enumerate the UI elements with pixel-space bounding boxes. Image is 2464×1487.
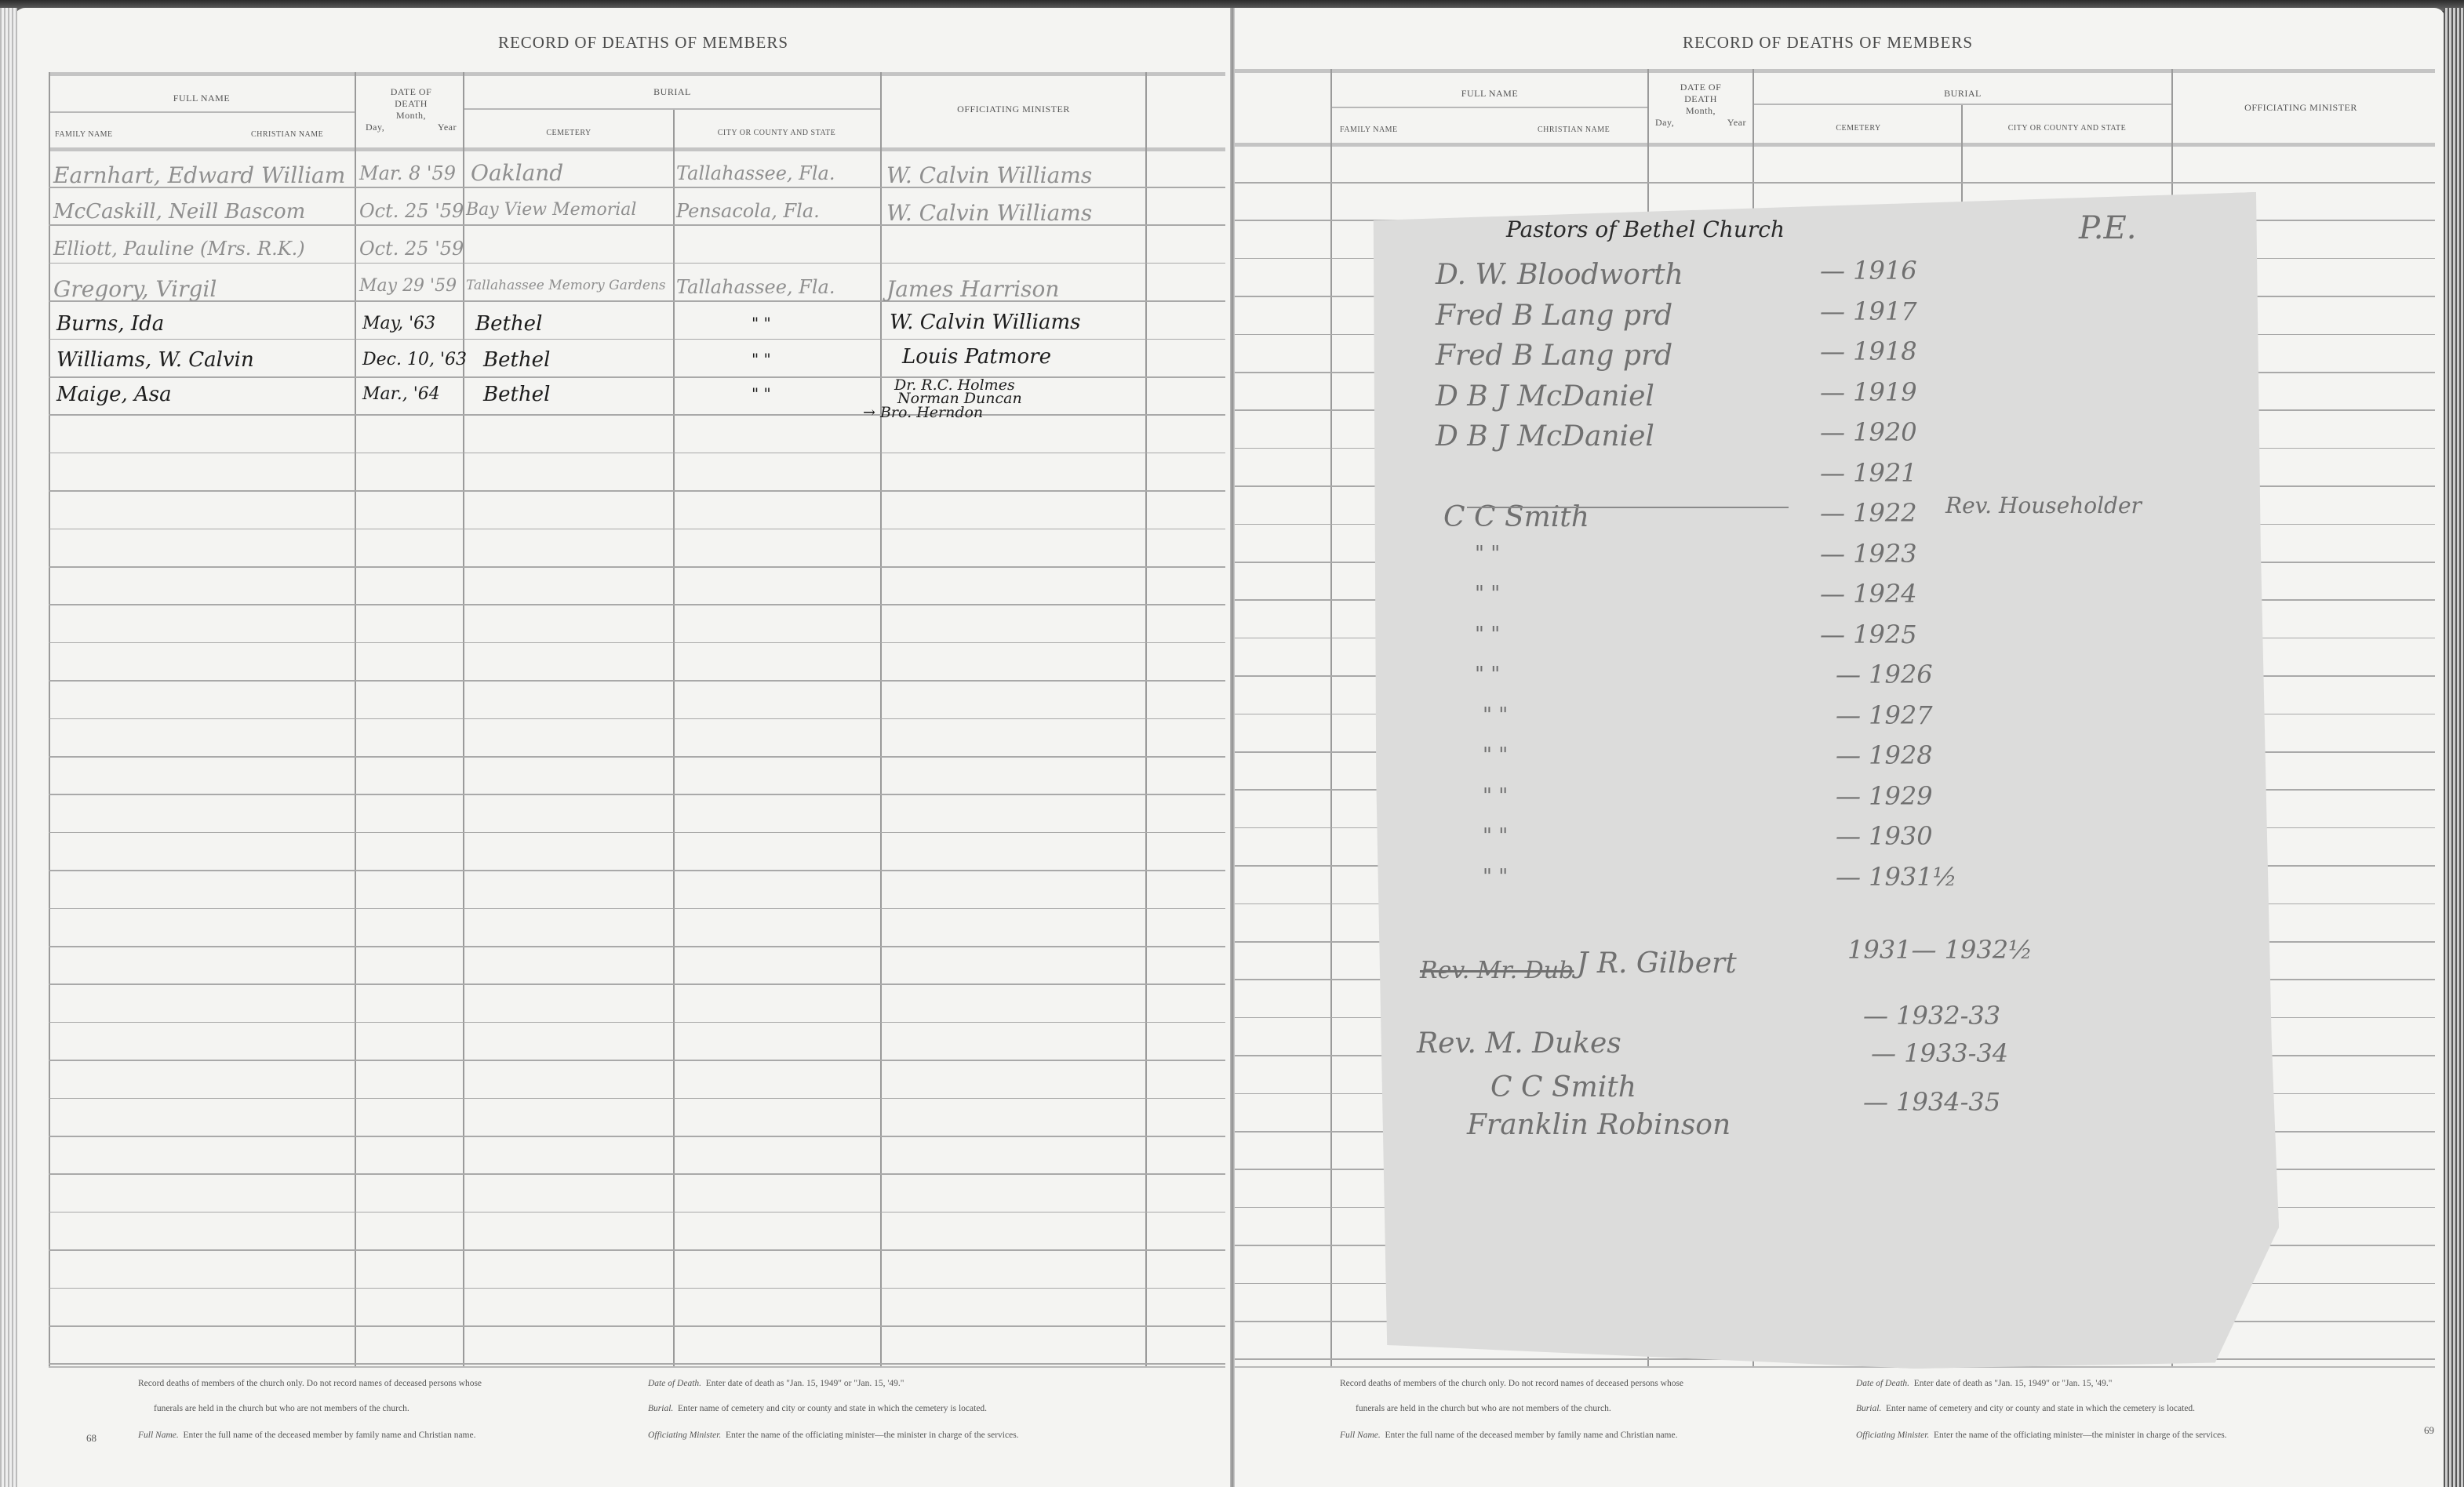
row-rule xyxy=(49,680,1225,682)
entry-cemetery: Tallahassee Memory Gardens xyxy=(466,278,666,293)
row-rule xyxy=(49,490,1225,492)
date-of-death-header: DATE OF DEATH Month, Day,Year xyxy=(1649,82,1752,129)
entry-name: Williams, W. Calvin xyxy=(56,348,254,372)
note-pastor-year: — 1927 xyxy=(1836,700,1933,730)
note-corner-initials: P.E. xyxy=(2079,210,2136,246)
entry-date: Oct. 25 '59 xyxy=(359,200,464,222)
footer-instruction: Officiating Minister. Enter the name of … xyxy=(1856,1431,2227,1440)
note-pastor-year: — 1925 xyxy=(1820,620,1917,649)
footer-instruction: funerals are held in the church but who … xyxy=(154,1404,409,1413)
note-pastor-year: — 1928 xyxy=(1836,740,1933,770)
entry-minister: W. Calvin Williams xyxy=(890,311,1080,334)
officiating-minister-header: OFFICIATING MINISTER xyxy=(2171,102,2430,114)
entry-city: Pensacola, Fla. xyxy=(676,200,820,222)
entry-cemetery: Oakland xyxy=(471,160,563,186)
entry-cemetery: Bethel xyxy=(475,312,542,336)
entry-name: Gregory, Virgil xyxy=(53,276,217,302)
row-rule xyxy=(49,604,1225,605)
row-rule xyxy=(49,642,1225,644)
family-name-header: FAMILY NAME xyxy=(1340,124,1398,136)
header-bottom-rule xyxy=(1235,143,2435,147)
col-line xyxy=(673,110,675,1366)
note-pastor-name: " " xyxy=(1483,704,1508,727)
entry-city: " " xyxy=(752,384,771,403)
footer-instruction: Burial. Enter name of cemetery and city … xyxy=(1856,1404,2195,1413)
row-rule xyxy=(1235,182,2435,184)
burial-subheader-rule xyxy=(464,108,880,110)
note-pastor-year: — 1924 xyxy=(1820,579,1917,609)
row-rule xyxy=(49,870,1225,871)
entry-city: " " xyxy=(752,314,771,333)
note-pastor-name: Franklin Robinson xyxy=(1467,1109,1731,1141)
entry-cemetery: Bethel xyxy=(483,383,550,406)
footer-instruction: Burial. Enter name of cemetery and city … xyxy=(648,1404,987,1413)
note-pastor-year: — 1932-33 xyxy=(1863,1001,2000,1031)
entry-name: Earnhart, Edward William xyxy=(53,162,345,188)
family-name-header: FAMILY NAME xyxy=(55,129,113,140)
note-pastor-year: — 1926 xyxy=(1836,660,1933,689)
note-struck-name: Rev. Mr. Dub xyxy=(1420,957,1574,984)
note-pastor-name: " " xyxy=(1475,542,1500,565)
row-rule xyxy=(49,1022,1225,1023)
note-pastor-name: D B J McDaniel xyxy=(1436,420,1654,453)
row-rule xyxy=(49,414,1225,416)
row-rule xyxy=(49,908,1225,910)
note-pastor-year: — 1918 xyxy=(1820,336,1917,366)
entry-minister: W. Calvin Williams xyxy=(886,200,1092,226)
footer-rule xyxy=(49,1366,1225,1368)
name-subheader-rule xyxy=(49,111,355,113)
row-rule xyxy=(49,566,1225,568)
row-rule xyxy=(49,946,1225,947)
note-pastor-year: — 1919 xyxy=(1820,377,1917,407)
entry-minister-extra: → Bro. Herndon xyxy=(863,404,983,421)
header-bottom-rule xyxy=(49,147,1225,151)
row-rule xyxy=(49,794,1225,795)
city-county-state-header: CITY OR COUNTY AND STATE xyxy=(673,127,880,139)
book-spine-left xyxy=(0,8,17,1487)
city-county-state-header: CITY OR COUNTY AND STATE xyxy=(1963,122,2171,134)
full-name-header: FULL NAME xyxy=(1332,88,1647,100)
header-top-rule xyxy=(1235,69,2435,73)
row-rule xyxy=(49,1288,1225,1289)
note-pastor-name: J R. Gilbert xyxy=(1577,947,1737,980)
entry-date: Mar. 8 '59 xyxy=(359,162,456,184)
row-rule xyxy=(49,263,1225,264)
cemetery-header: CEMETERY xyxy=(1754,122,1963,134)
row-rule xyxy=(49,832,1225,834)
note-pastor-year: — 1922 xyxy=(1820,498,1917,528)
row-rule xyxy=(49,756,1225,758)
page-title: RECORD OF DEATHS OF MEMBERS xyxy=(1592,33,2063,53)
note-side-annotation: Rev. Householder xyxy=(1945,493,2142,518)
full-name-header: FULL NAME xyxy=(49,93,355,104)
entry-name: Elliott, Pauline (Mrs. R.K.) xyxy=(53,238,305,260)
note-pastor-name: " " xyxy=(1483,865,1508,889)
footer-instruction: Date of Death. Enter date of death as "J… xyxy=(648,1379,904,1388)
entry-cemetery: Bethel xyxy=(483,348,550,372)
note-divider-line xyxy=(1467,507,1789,508)
row-rule xyxy=(49,339,1225,340)
row-rule xyxy=(49,1173,1225,1175)
note-pastor-year: — 1920 xyxy=(1820,417,1917,447)
note-pastor-name: " " xyxy=(1475,663,1500,686)
note-pastor-year: — 1923 xyxy=(1820,539,1917,569)
note-pastor-year: — 1916 xyxy=(1820,256,1917,285)
note-pastor-name: " " xyxy=(1483,784,1508,808)
page-number: 69 xyxy=(2424,1424,2434,1437)
burial-subheader-rule xyxy=(1754,104,2171,105)
col-line xyxy=(1330,69,1332,1366)
book-spine-right xyxy=(2444,8,2464,1487)
footer-instruction: Record deaths of members of the church o… xyxy=(1340,1379,1683,1388)
row-rule xyxy=(49,1325,1225,1327)
entry-minister: W. Calvin Williams xyxy=(886,162,1092,188)
entry-minister: Louis Patmore xyxy=(902,345,1051,369)
note-pastor-name: Fred B Lang prd xyxy=(1436,340,1672,372)
entry-date: Oct. 25 '59 xyxy=(359,238,464,260)
christian-name-header: CHRISTIAN NAME xyxy=(251,129,323,140)
row-rule xyxy=(49,1098,1225,1100)
row-rule xyxy=(49,1249,1225,1251)
entry-city: Tallahassee, Fla. xyxy=(676,276,835,298)
burial-header: BURIAL xyxy=(464,86,880,98)
footer-instruction: Officiating Minister. Enter the name of … xyxy=(648,1431,1019,1440)
entry-date: May, '63 xyxy=(362,314,435,333)
note-pastor-year: — 1934-35 xyxy=(1863,1087,2000,1117)
note-pastor-name: C C Smith xyxy=(1490,1071,1636,1103)
row-rule xyxy=(49,1363,1225,1365)
note-pastor-year: — 1929 xyxy=(1836,781,1933,811)
note-pastor-year: — 1933-34 xyxy=(1871,1038,2008,1068)
entry-date: Mar., '64 xyxy=(362,384,440,404)
entry-date: Dec. 10, '63 xyxy=(362,350,467,369)
cemetery-header: CEMETERY xyxy=(464,127,673,139)
name-subheader-rule xyxy=(1332,107,1647,108)
note-pastor-year: — 1930 xyxy=(1836,821,1933,851)
book-gutter xyxy=(1230,8,1235,1487)
entry-minister: James Harrison xyxy=(886,276,1059,302)
note-pastor-year: — 1921 xyxy=(1820,458,1917,488)
left-page xyxy=(14,8,1233,1487)
entry-name: Burns, Ida xyxy=(56,312,164,336)
row-rule xyxy=(49,1212,1225,1213)
footer-rule xyxy=(1235,1366,2435,1368)
note-pastor-name: D. W. Bloodworth xyxy=(1436,259,1683,291)
entry-name: McCaskill, Neill Bascom xyxy=(53,200,305,224)
row-rule xyxy=(49,529,1225,530)
note-pastor-name: " " xyxy=(1483,743,1508,767)
burial-header: BURIAL xyxy=(1754,88,2171,100)
footer-instruction: Date of Death. Enter date of death as "J… xyxy=(1856,1379,2113,1388)
note-title: Pastors of Bethel Church xyxy=(1506,216,1785,242)
date-of-death-header: DATE OF DEATH Month, Day,Year xyxy=(359,86,463,133)
note-pastor-name: Rev. M. Dukes xyxy=(1417,1027,1621,1060)
note-pastor-year: 1931— 1932½ xyxy=(1847,935,2033,965)
footer-instruction: Full Name. Enter the full name of the de… xyxy=(1340,1431,1677,1440)
note-pastor-year: — 1931½ xyxy=(1836,862,1957,892)
note-pastor-year: — 1917 xyxy=(1820,296,1917,326)
row-rule xyxy=(49,983,1225,985)
footer-instruction: Full Name. Enter the full name of the de… xyxy=(138,1431,475,1440)
officiating-minister-header: OFFICIATING MINISTER xyxy=(880,104,1147,115)
note-pastor-name: Fred B Lang prd xyxy=(1436,300,1672,332)
entry-date: May 29 '59 xyxy=(359,276,457,296)
page-number: 68 xyxy=(86,1432,96,1445)
footer-instruction: funerals are held in the church but who … xyxy=(1356,1404,1611,1413)
note-pastor-name: " " xyxy=(1475,582,1500,605)
entry-city: " " xyxy=(752,350,771,369)
row-rule xyxy=(49,1060,1225,1061)
row-rule xyxy=(49,1136,1225,1137)
note-pastor-name: " " xyxy=(1483,824,1508,848)
header-top-rule xyxy=(49,72,1225,76)
row-rule xyxy=(49,453,1225,454)
entry-city: Tallahassee, Fla. xyxy=(676,162,835,184)
row-rule xyxy=(49,376,1225,378)
note-pastor-name: D B J McDaniel xyxy=(1436,380,1654,413)
row-rule xyxy=(49,718,1225,720)
note-pastor-name: " " xyxy=(1475,623,1500,646)
christian-name-header: CHRISTIAN NAME xyxy=(1538,124,1610,136)
page-title: RECORD OF DEATHS OF MEMBERS xyxy=(408,33,879,53)
entry-name: Maige, Asa xyxy=(56,383,172,406)
footer-instruction: Record deaths of members of the church o… xyxy=(138,1379,482,1388)
entry-cemetery: Bay View Memorial xyxy=(466,200,636,220)
